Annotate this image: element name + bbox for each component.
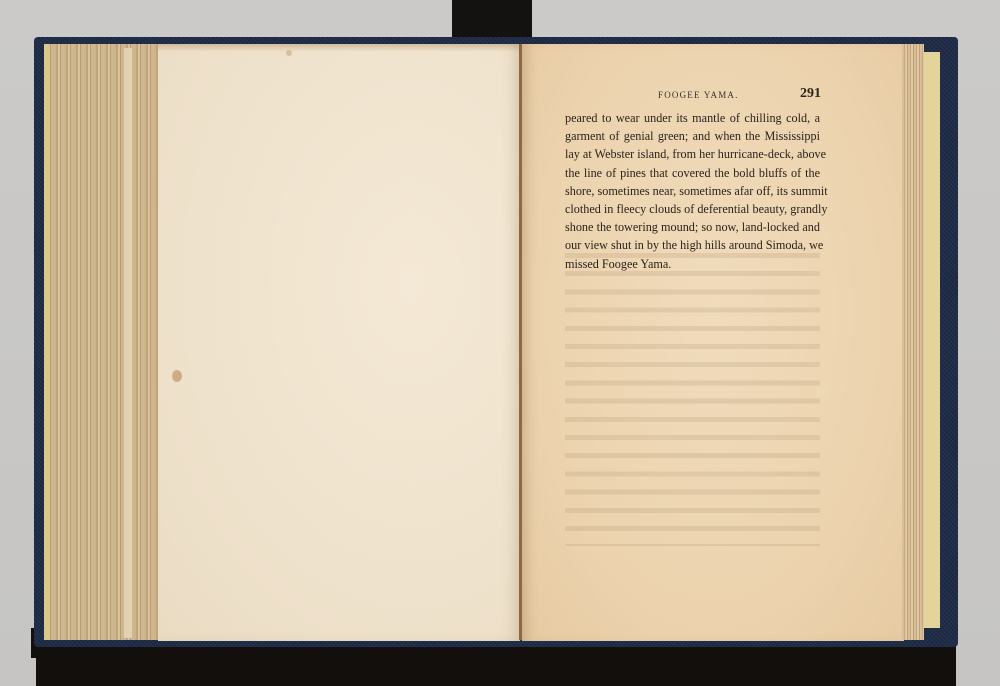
running-head: FOOGEE YAMA. [658,90,739,100]
page-body-text: peared to wear under its mantle of chill… [565,109,820,273]
text-line: garment of genial green; and when the Mi… [565,127,820,145]
page-edge-highlight [124,48,132,638]
foxing-spot [172,370,182,382]
foxing-spot [286,50,292,56]
page-number: 291 [800,86,821,102]
text-line: missed Foogee Yama. [565,255,820,273]
text-line: our view shut in by the high hills aroun… [565,236,820,254]
right-page-edges [902,44,924,640]
endpaper-edge [44,44,50,640]
endpaper-edge [924,52,940,628]
text-line: shore, sometimes near, sometimes afar of… [565,182,820,200]
text-line: peared to wear under its mantle of chill… [565,109,820,127]
bleed-through-text [565,246,820,546]
left-page-edges [44,44,160,640]
foxing-stain [158,44,520,52]
text-line: lay at Webster island, from her hurrican… [565,145,820,163]
left-page-blank [158,44,520,641]
text-line: clothed in fleecy clouds of deferential … [565,200,820,218]
text-line: shone the towering mound; so now, land-l… [565,218,820,236]
text-line: the line of pines that covered the bold … [565,164,820,182]
